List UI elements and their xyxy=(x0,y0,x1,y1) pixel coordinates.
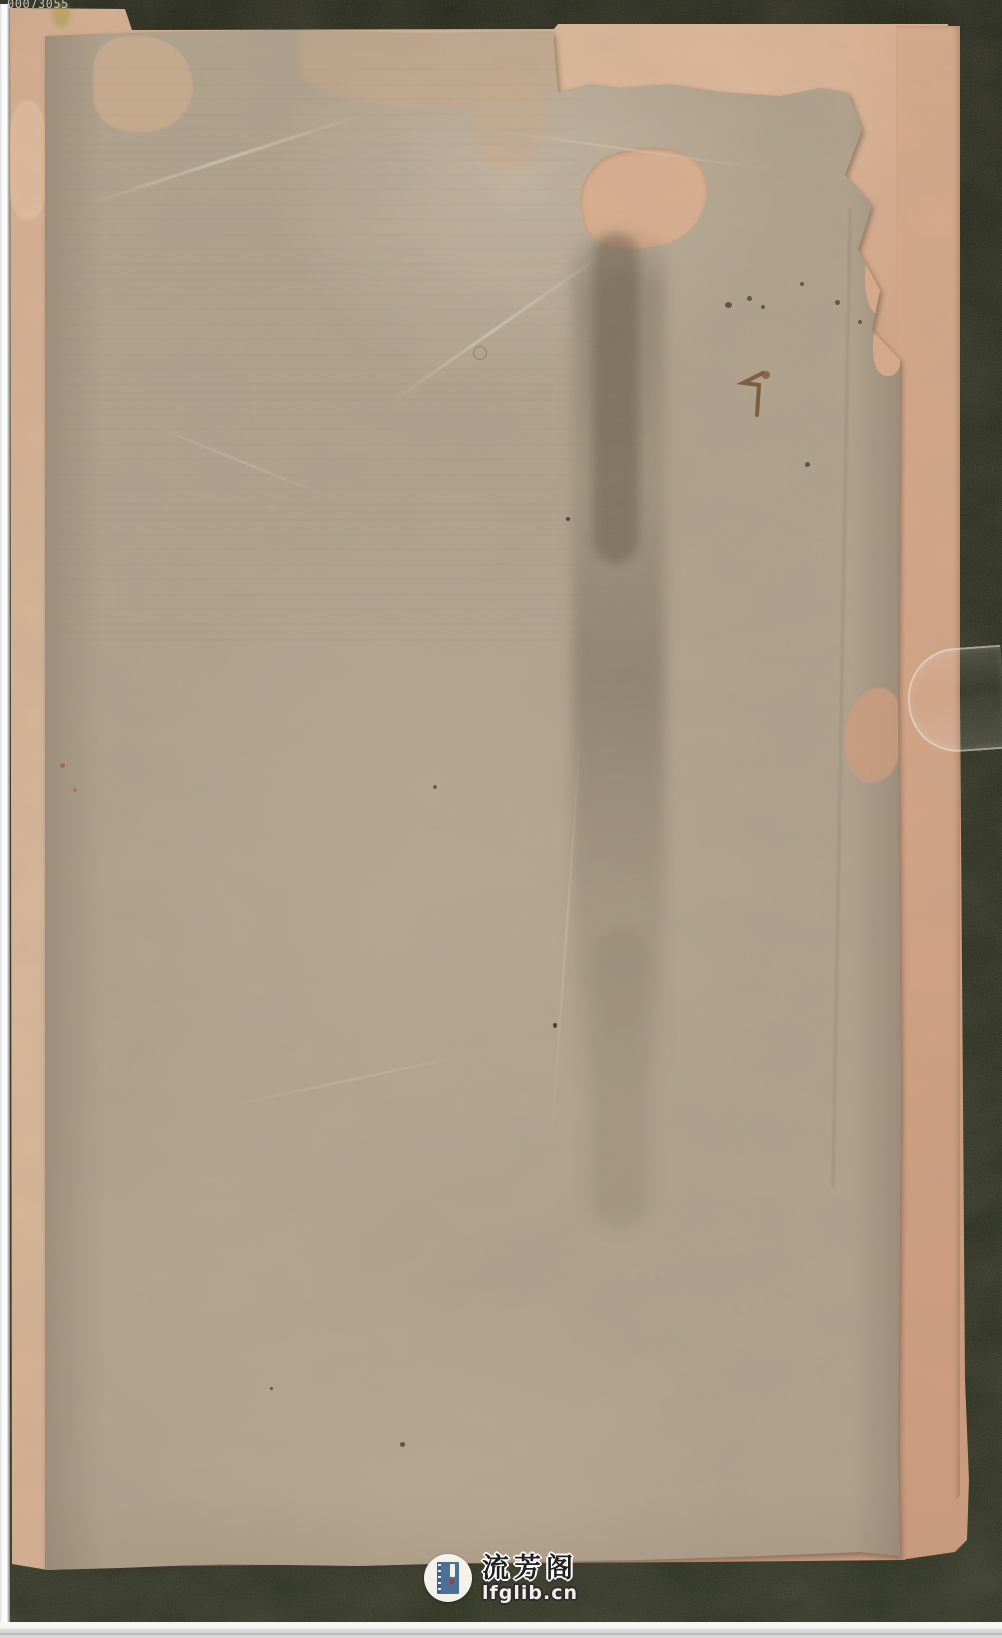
fold-shadow xyxy=(831,208,851,1188)
bleed-through-lines xyxy=(60,68,580,648)
scanner-edge-bottom-strip xyxy=(0,1622,1002,1638)
ink-dot xyxy=(270,1387,273,1390)
pink-dot xyxy=(655,1275,661,1281)
water-stain-lower xyxy=(590,928,650,1228)
ink-dot xyxy=(805,462,810,467)
watermark-site-url: lfglib.cn xyxy=(482,1582,578,1604)
scanned-blank-page xyxy=(45,28,901,1570)
torn-area-salmon-island xyxy=(873,320,903,376)
mold-speck xyxy=(800,282,804,286)
paper-crease xyxy=(228,1051,483,1107)
stitched-book-icon xyxy=(437,1562,459,1594)
mold-speck xyxy=(761,305,765,309)
watermark-site-name: 流芳阁 xyxy=(482,1554,578,1583)
mold-speck xyxy=(725,302,732,308)
ink-dot xyxy=(553,1023,557,1028)
watermark-logo-circle xyxy=(424,1554,472,1602)
ink-dot xyxy=(566,517,570,521)
mold-speck xyxy=(835,300,840,305)
book-title-label xyxy=(450,1564,455,1577)
red-speck xyxy=(60,763,65,768)
site-watermark: 流芳阁 lfglib.cn xyxy=(424,1554,578,1604)
cross-shaped-ink-mark xyxy=(733,369,773,421)
book-seal xyxy=(450,1579,454,1584)
book-spine-stitches xyxy=(438,1564,441,1592)
mold-speck xyxy=(858,320,862,324)
water-stain-core xyxy=(593,233,639,563)
watermark-text-block: 流芳阁 lfglib.cn xyxy=(482,1554,578,1604)
mold-speck xyxy=(747,296,752,301)
book-page-wrapper xyxy=(0,0,1002,1622)
red-speck xyxy=(73,788,77,792)
torn-area-salmon-island xyxy=(859,210,915,319)
pink-stain-blob xyxy=(845,688,903,783)
scanner-edge-left-strip xyxy=(0,4,10,1624)
stain-ring-mark xyxy=(473,346,487,360)
ink-dot xyxy=(400,1442,405,1447)
scan-id-number: 00073055 xyxy=(7,0,69,11)
ink-dot xyxy=(433,785,437,789)
